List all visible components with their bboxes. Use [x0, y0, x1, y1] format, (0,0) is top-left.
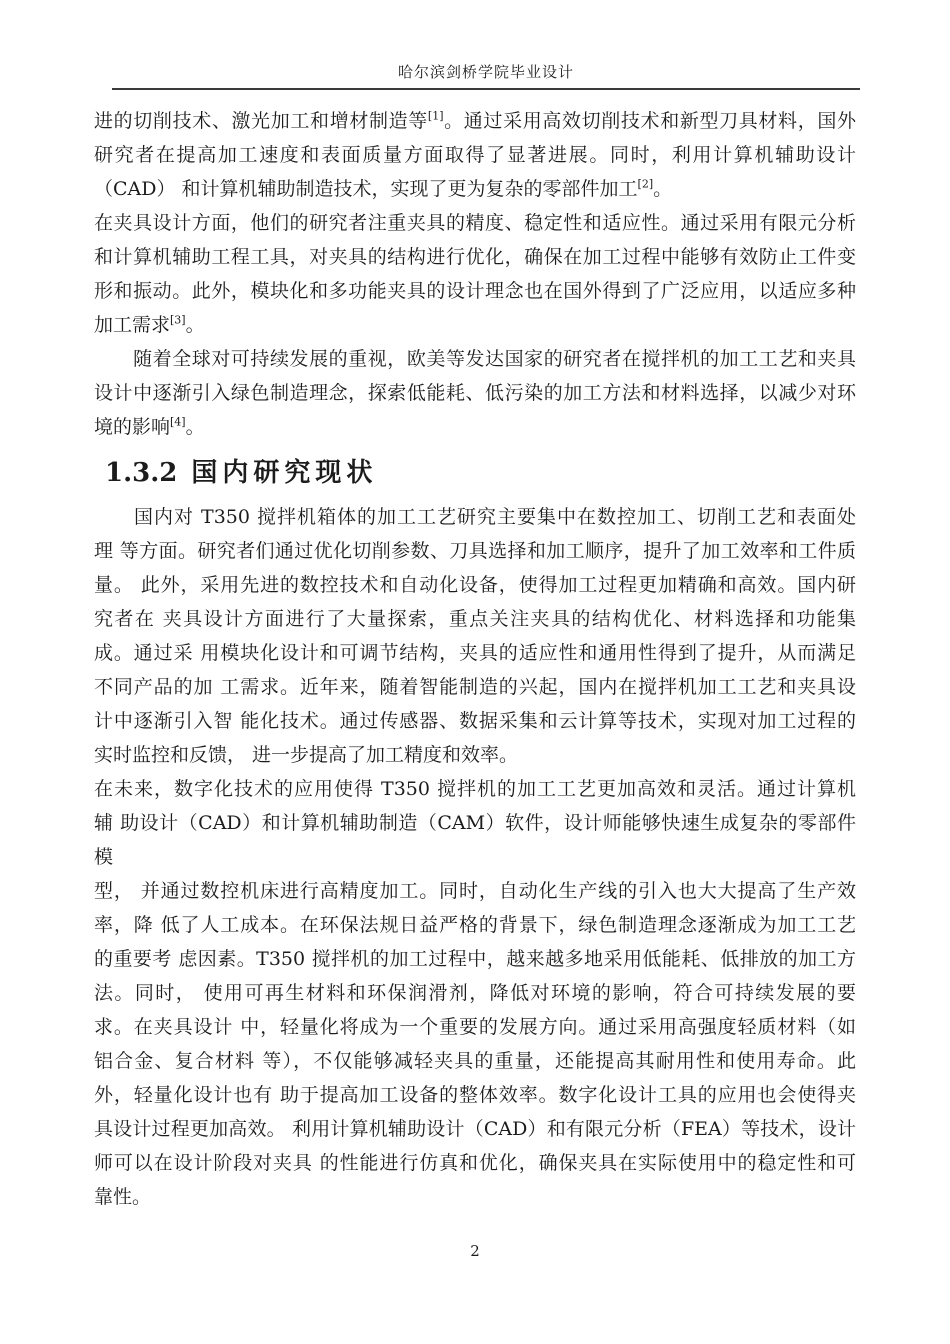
heading-text: 国内研究现状 — [191, 458, 377, 488]
paragraph: 在未来，数字化技术的应用使得 T350 搅拌机的加工工艺更加高效和灵活。通过计算… — [94, 772, 856, 1214]
paragraph: 随着全球对可持续发展的重视，欧美等发达国家的研究者在搅拌机的加工工艺和夹具设计中… — [94, 342, 856, 444]
text-line: 量。 此外，采用先进的数控技术和自动化设备，使得加工过程更加精确和高效。国内研 — [94, 568, 856, 602]
text-line: 进的切削技术、激光加工和增材制造等[1]。通过采用高效切削技术和新型刀具材料，国… — [94, 104, 856, 138]
text-line: 的重要考 虑因素。T350 搅拌机的加工过程中，越来越多地采用低能耗、低排放的加… — [94, 942, 856, 976]
text-line: 和计算机辅助工程工具，对夹具的结构进行优化，确保在加工过程中能够有效防止工件变 — [94, 240, 856, 274]
footnote-ref: [3] — [170, 314, 186, 327]
text-line: 法。同时， 使用可再生材料和环保润滑剂，降低对环境的影响，符合可持续发展的要 — [94, 976, 856, 1010]
page-header-title: 哈尔滨剑桥学院毕业设计 — [112, 63, 860, 81]
paragraph: 进的切削技术、激光加工和增材制造等[1]。通过采用高效切削技术和新型刀具材料，国… — [94, 104, 856, 206]
section-heading: 1.3.2国内研究现状 — [94, 444, 856, 500]
text-line: 研究者在提高加工速度和表面质量方面取得了显著进展。同时，利用计算机辅助设计 — [94, 138, 856, 172]
text-line: 外，轻量化设计也有 助于提高加工设备的整体效率。数字化设计工具的应用也会使得夹 — [94, 1078, 856, 1112]
footnote-ref: [1] — [428, 110, 444, 123]
text-line: 具设计过程更加高效。 利用计算机辅助设计（CAD）和有限元分析（FEA）等技术，… — [94, 1112, 856, 1146]
heading-number: 1.3.2 — [105, 458, 177, 488]
document-page: 哈尔滨剑桥学院毕业设计 进的切削技术、激光加工和增材制造等[1]。通过采用高效切… — [0, 0, 950, 1344]
paragraph: 在夹具设计方面，他们的研究者注重夹具的精度、稳定性和适应性。通过采用有限元分析和… — [94, 206, 856, 342]
text-line: 实时监控和反馈， 进一步提高了加工精度和效率。 — [94, 738, 856, 772]
footnote-ref: [2] — [638, 178, 654, 191]
text-line: 成。通过采 用模块化设计和可调节结构，夹具的适应性和通用性得到了提升，从而满足 — [94, 636, 856, 670]
text-line: 随着全球对可持续发展的重视，欧美等发达国家的研究者在搅拌机的加工工艺和夹具 — [94, 342, 856, 376]
header-rule — [112, 88, 860, 90]
text-line: 型， 并通过数控机床进行高精度加工。同时，自动化生产线的引入也大大提高了生产效 — [94, 874, 856, 908]
paragraph: 国内对 T350 搅拌机箱体的加工工艺研究主要集中在数控加工、切削工艺和表面处理… — [94, 500, 856, 772]
page-number: 2 — [0, 1242, 950, 1260]
text-line: 境的影响[4]。 — [94, 410, 856, 444]
text-line: 究者在 夹具设计方面进行了大量探索，重点关注夹具的结构优化、材料选择和功能集 — [94, 602, 856, 636]
text-line: 加工需求[3]。 — [94, 308, 856, 342]
footnote-ref: [4] — [170, 416, 186, 429]
text-line: 设计中逐渐引入绿色制造理念，探索低能耗、低污染的加工方法和材料选择，以减少对环 — [94, 376, 856, 410]
text-line: 求。在夹具设计 中，轻量化将成为一个重要的发展方向。通过采用高强度轻质材料（如 — [94, 1010, 856, 1044]
text-line: 师可以在设计阶段对夹具 的性能进行仿真和优化，确保夹具在实际使用中的稳定性和可 — [94, 1146, 856, 1180]
text-line: 在未来，数字化技术的应用使得 T350 搅拌机的加工工艺更加高效和灵活。通过计算… — [94, 772, 856, 806]
text-line: （CAD） 和计算机辅助制造技术，实现了更为复杂的零部件加工[2]。 — [94, 172, 856, 206]
text-line: 率，降 低了人工成本。在环保法规日益严格的背景下，绿色制造理念逐渐成为加工工艺 — [94, 908, 856, 942]
text-line: 靠性。 — [94, 1180, 856, 1214]
text-line: 计中逐渐引入智 能化技术。通过传感器、数据采集和云计算等技术，实现对加工过程的 — [94, 704, 856, 738]
text-line: 形和振动。此外，模块化和多功能夹具的设计理念也在国外得到了广泛应用，以适应多种 — [94, 274, 856, 308]
text-line: 不同产品的加 工需求。近年来，随着智能制造的兴起，国内在搅拌机加工工艺和夹具设 — [94, 670, 856, 704]
text-line: 国内对 T350 搅拌机箱体的加工工艺研究主要集中在数控加工、切削工艺和表面处 — [94, 500, 856, 534]
text-line: 铝合金、复合材料 等），不仅能够减轻夹具的重量，还能提高其耐用性和使用寿命。此 — [94, 1044, 856, 1078]
text-line: 在夹具设计方面，他们的研究者注重夹具的精度、稳定性和适应性。通过采用有限元分析 — [94, 206, 856, 240]
text-line: 辅 助设计（CAD）和计算机辅助制造（CAM）软件，设计师能够快速生成复杂的零部… — [94, 806, 856, 874]
document-body: 进的切削技术、激光加工和增材制造等[1]。通过采用高效切削技术和新型刀具材料，国… — [94, 104, 856, 1214]
text-line: 理 等方面。研究者们通过优化切削参数、刀具选择和加工顺序，提升了加工效率和工件质 — [94, 534, 856, 568]
